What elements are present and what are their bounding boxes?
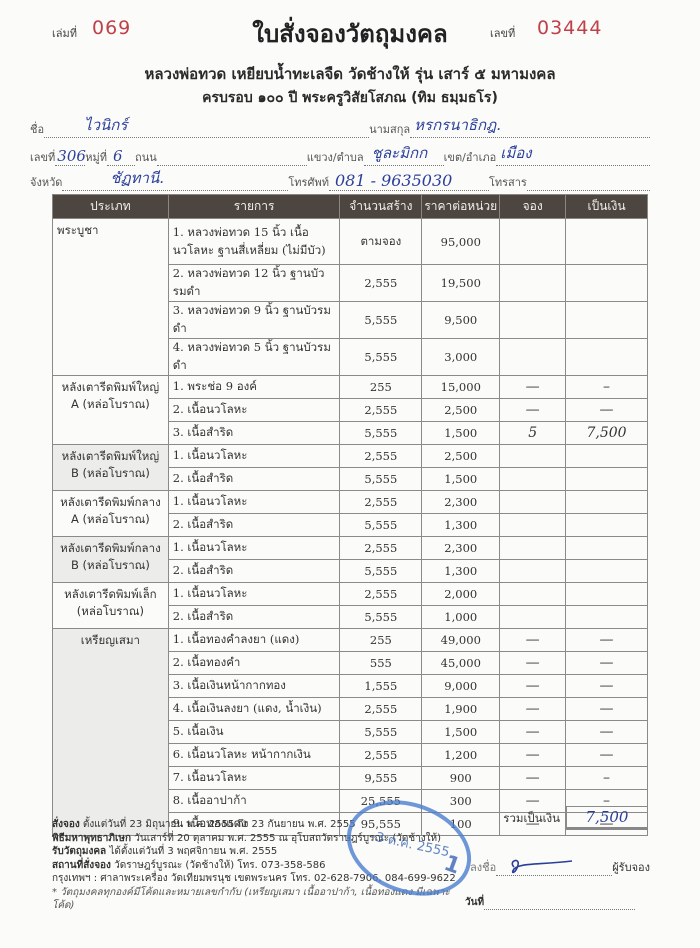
unit-price-cell: 1,500 [422,721,500,744]
item-name-cell: 4. หลวงพ่อทวด 5 นิ้ว ฐานบัวรมดำ [168,339,340,376]
table-row: หลังเตารีดพิมพ์เล็ก (หล่อโบราณ)1. เนื้อน… [53,583,648,606]
order-qty-cell[interactable] [500,606,566,629]
quantity-cell: 2,555 [340,445,422,468]
quantity-cell: 5,555 [340,422,422,445]
phone-value: 081 - 9635030 [335,171,452,190]
footer-line-text: ตั้งแต่วันที่ 23 มิถุนายน พ.ศ. 2555 ถึง … [80,819,356,830]
amount-cell[interactable]: — [566,675,648,698]
quantity-cell: 2,555 [340,265,422,302]
date-label: วันที่ [465,895,484,910]
amount-cell[interactable] [566,606,648,629]
quantity-cell: 2,555 [340,744,422,767]
first-name-label: ชื่อ [30,120,44,138]
unit-price-cell: 45,000 [422,652,500,675]
amount-cell[interactable] [566,339,648,376]
order-qty-cell[interactable] [500,445,566,468]
page-title: ใบสั่งจองวัตถุมงคล [0,14,700,53]
subdistrict-field[interactable]: ชูละมิกก [364,152,444,166]
unit-price-cell: 1,300 [422,514,500,537]
item-name-cell: 1. เนื้อทองคำลงยา (แดง) [168,629,340,652]
amount-cell[interactable] [566,302,648,339]
item-name-cell: 1. เนื้อนวโลหะ [168,583,340,606]
amount-cell[interactable]: — [566,629,648,652]
order-qty-cell[interactable]: — [500,767,566,790]
date-field[interactable] [484,896,635,910]
subtitle-secondary: ครบรอบ ๑๐๐ ปี พระครูวิสัยโสภณ (ทิม ธมฺมธ… [0,87,700,109]
quantity-cell: 1,555 [340,675,422,698]
order-qty-cell[interactable] [500,491,566,514]
province-label: จังหวัด [30,173,62,191]
order-qty-cell[interactable]: — [500,376,566,399]
order-qty-cell[interactable] [500,537,566,560]
item-name-cell: 1. เนื้อนวโลหะ [168,537,340,560]
order-qty-cell[interactable]: — [500,698,566,721]
order-qty-cell[interactable] [500,514,566,537]
table-row: หลังเตารีดพิมพ์กลาง A (หล่อโบราณ)1. เนื้… [53,491,648,514]
unit-price-cell: 1,500 [422,468,500,491]
district-value: เมือง [500,141,531,165]
quantity-cell: 5,555 [340,514,422,537]
quantity-cell: 5,555 [340,560,422,583]
order-qty-cell[interactable]: — [500,744,566,767]
total-label: รวมเป็นเงิน [500,806,566,830]
phone-label: โทรศัพท์ [288,173,329,191]
signature-row: ลงชื่อ ผู้รับจอง [470,858,650,876]
footer-line-heading: รับวัตถุมงคล [52,846,106,857]
quantity-cell: 5,555 [340,721,422,744]
item-name-cell: 2. เนื้อสำริด [168,560,340,583]
house-no-field[interactable]: 306 [55,152,85,166]
amount-cell[interactable] [566,219,648,265]
quantity-cell: 5,555 [340,606,422,629]
table-row: หลังเตารีดพิมพ์ใหญ่ A (หล่อโบราณ)1. พระช… [53,376,648,399]
unit-price-cell: 19,500 [422,265,500,302]
unit-price-cell: 95,000 [422,219,500,265]
unit-price-cell: 9,500 [422,302,500,339]
table-row: เหรียญเสมา1. เนื้อทองคำลงยา (แดง)25549,0… [53,629,648,652]
order-table-body: พระบูชา1. หลวงพ่อทวด 15 นิ้ว เนื้อนวโลหะ… [53,219,648,836]
footer-line-text: วัดราษฎร์บูรณะ (วัดช้างให้) โทร. 073-358… [111,860,326,871]
unit-price-cell: 1,900 [422,698,500,721]
header-order: จอง [500,195,566,219]
item-name-cell: 2. เนื้อสำริด [168,606,340,629]
amount-cell[interactable]: — [566,399,648,422]
item-name-cell: 3. เนื้อสำริด [168,422,340,445]
category-cell: หลังเตารีดพิมพ์กลาง A (หล่อโบราณ) [53,491,169,537]
unit-price-cell: 2,300 [422,537,500,560]
quantity-cell: 2,555 [340,583,422,606]
amount-cell[interactable] [566,491,648,514]
signature-role: ผู้รับจอง [612,858,650,876]
amount-cell[interactable]: – [566,767,648,790]
unit-price-cell: 900 [422,767,500,790]
order-qty-cell[interactable] [500,219,566,265]
order-qty-cell[interactable]: — [500,399,566,422]
address-row: เลขที่ 306 หมู่ที่ 6 ถนน แขวง/ตำบล ชูละม… [30,148,650,166]
date-row: วันที่ [465,895,635,910]
amount-cell[interactable] [566,514,648,537]
item-name-cell: 1. หลวงพ่อทวด 15 นิ้ว เนื้อนวโลหะ ฐานสี่… [168,219,340,265]
quantity-cell: 5,555 [340,468,422,491]
order-qty-cell[interactable] [500,265,566,302]
first-name-field[interactable]: ไวนิกร์ [44,124,369,138]
table-row: หลังเตารีดพิมพ์ใหญ่ B (หล่อโบราณ)1. เนื้… [53,445,648,468]
amount-cell[interactable]: 7,500 [566,422,648,445]
unit-price-cell: 9,000 [422,675,500,698]
subdistrict-value: ชูละมิกก [372,141,427,165]
unit-price-cell: 49,000 [422,629,500,652]
item-name-cell: 5. เนื้อเงิน [168,721,340,744]
fax-label: โทรสาร [489,173,527,191]
district-field[interactable]: เมือง [496,152,650,166]
header-unit-price: ราคาต่อหน่วย [422,195,500,219]
unit-price-cell: 1,000 [422,606,500,629]
unit-price-cell: 15,000 [422,376,500,399]
order-qty-cell[interactable]: — [500,629,566,652]
amount-cell[interactable]: — [566,698,648,721]
order-qty-cell[interactable] [500,302,566,339]
unit-price-cell: 1,200 [422,744,500,767]
quantity-cell: 9,555 [340,767,422,790]
amount-cell[interactable]: — [566,652,648,675]
item-name-cell: 3. เนื้อเงินหน้ากากทอง [168,675,340,698]
quantity-cell: 2,555 [340,537,422,560]
item-name-cell: 2. เนื้อนวโลหะ [168,399,340,422]
table-row: พระบูชา1. หลวงพ่อทวด 15 นิ้ว เนื้อนวโลหะ… [53,219,648,265]
header-category: ประเภท [53,195,169,219]
amount-cell[interactable]: — [566,721,648,744]
quantity-cell: 5,555 [340,339,422,376]
last-name-field[interactable]: หรกรนาธิกฎ. [410,124,650,138]
last-name-value: หรกรนาธิกฎ. [414,113,501,137]
footer-line-heading: สถานที่สั่งจอง [52,860,111,871]
item-name-cell: 2. เนื้อทองคำ [168,652,340,675]
order-qty-cell[interactable]: — [500,652,566,675]
item-name-cell: 1. เนื้อนวโลหะ [168,445,340,468]
item-name-cell: 7. เนื้อนวโลหะ [168,767,340,790]
moo-label: หมู่ที่ [85,148,107,166]
item-name-cell: 2. เนื้อสำริด [168,468,340,491]
signature-scribble-icon [506,853,576,875]
category-cell: พระบูชา [53,219,169,376]
fax-field[interactable] [527,177,650,191]
signature-field[interactable] [496,862,612,876]
order-qty-cell[interactable] [500,560,566,583]
house-no-value: 306 [57,147,86,165]
item-name-cell: 6. เนื้อนวโลหะ หน้ากากเงิน [168,744,340,767]
item-name-cell: 1. พระช่อ 9 องค์ [168,376,340,399]
unit-price-cell: 2,500 [422,445,500,468]
subdistrict-label: แขวง/ตำบล [307,148,364,166]
category-cell: หลังเตารีดพิมพ์กลาง B (หล่อโบราณ) [53,537,169,583]
quantity-cell: 5,555 [340,302,422,339]
quantity-cell: 2,555 [340,399,422,422]
house-no-label: เลขที่ [30,148,55,166]
header-item: รายการ [168,195,340,219]
district-label: เขต/อำเภอ [444,148,497,166]
name-row: ชื่อ ไวนิกร์ นามสกุล หรกรนาธิกฎ. [30,120,650,138]
quantity-cell: 255 [340,376,422,399]
first-name-value: ไวนิกร์ [84,113,127,137]
amount-cell[interactable] [566,445,648,468]
order-table: ประเภท รายการ จำนวนสร้าง ราคาต่อหน่วย จอ… [52,194,648,836]
unit-price-cell: 3,000 [422,339,500,376]
amount-cell[interactable]: — [566,744,648,767]
item-name-cell: 3. หลวงพ่อทวด 9 นิ้ว ฐานบัวรมดำ [168,302,340,339]
category-cell: หลังเตารีดพิมพ์เล็ก (หล่อโบราณ) [53,583,169,629]
item-name-cell: 8. เนื้ออาปาก้า [168,790,340,813]
road-field[interactable] [157,152,307,166]
last-name-label: นามสกุล [369,120,410,138]
unit-price-cell: 2,000 [422,583,500,606]
amount-cell[interactable]: – [566,376,648,399]
item-name-cell: 2. เนื้อสำริด [168,514,340,537]
table-header-row: ประเภท รายการ จำนวนสร้าง ราคาต่อหน่วย จอ… [53,195,648,219]
amount-cell[interactable] [566,265,648,302]
category-cell: หลังเตารีดพิมพ์ใหญ่ A (หล่อโบราณ) [53,376,169,445]
item-name-cell: 4. เนื้อเงินลงยา (แดง, น้ำเงิน) [168,698,340,721]
unit-price-cell: 1,500 [422,422,500,445]
total-amount[interactable]: 7,500 [566,806,648,830]
quantity-cell: 2,555 [340,698,422,721]
item-name-cell: 1. เนื้อนวโลหะ [168,491,340,514]
footer-line-heading: พิธีมหาพุทธาภิเษก [52,833,131,844]
amount-cell[interactable] [566,560,648,583]
order-qty-cell[interactable] [500,583,566,606]
quantity-cell: 555 [340,652,422,675]
unit-price-cell: 1,300 [422,560,500,583]
footer-line-heading: สั่งจอง [52,819,80,830]
quantity-cell: ตามจอง [340,219,422,265]
order-qty-cell[interactable] [500,339,566,376]
header-amount: เป็นเงิน [566,195,648,219]
item-name-cell: 2. หลวงพ่อทวด 12 นิ้ว ฐานบัวรมดำ [168,265,340,302]
header-quantity: จำนวนสร้าง [340,195,422,219]
table-row: หลังเตารีดพิมพ์กลาง B (หล่อโบราณ)1. เนื้… [53,537,648,560]
amount-cell[interactable] [566,468,648,491]
category-cell: เหรียญเสมา [53,629,169,836]
moo-field[interactable]: 6 [107,152,135,166]
subtitle-primary: หลวงพ่อทวด เหยียบน้ำทะเลจืด วัดช้างให้ ร… [0,62,700,86]
quantity-cell: 2,555 [340,491,422,514]
unit-price-cell: 2,500 [422,399,500,422]
amount-cell[interactable] [566,583,648,606]
category-cell: หลังเตารีดพิมพ์ใหญ่ B (หล่อโบราณ) [53,445,169,491]
phone-field[interactable]: 081 - 9635030 [329,177,489,191]
province-row: จังหวัด ชัฏทานี. โทรศัพท์ 081 - 9635030 … [30,173,650,191]
road-label: ถนน [135,148,157,166]
amount-cell[interactable] [566,537,648,560]
stamp-date: -3 ต.ค. 2555 [369,825,451,862]
signature-prefix: ลงชื่อ [470,858,496,876]
quantity-cell: 255 [340,629,422,652]
order-qty-cell[interactable]: 5 [500,422,566,445]
order-qty-cell[interactable] [500,468,566,491]
order-qty-cell[interactable]: — [500,721,566,744]
unit-price-cell: 2,300 [422,491,500,514]
province-field[interactable]: ชัฏทานี. [62,177,288,191]
province-value: ชัฏทานี. [110,166,164,190]
footer-line-text: ได้ตั้งแต่วันที่ 3 พฤศจิกายน พ.ศ. 2555 [106,846,277,857]
moo-value: 6 [113,147,123,165]
order-qty-cell[interactable]: — [500,675,566,698]
